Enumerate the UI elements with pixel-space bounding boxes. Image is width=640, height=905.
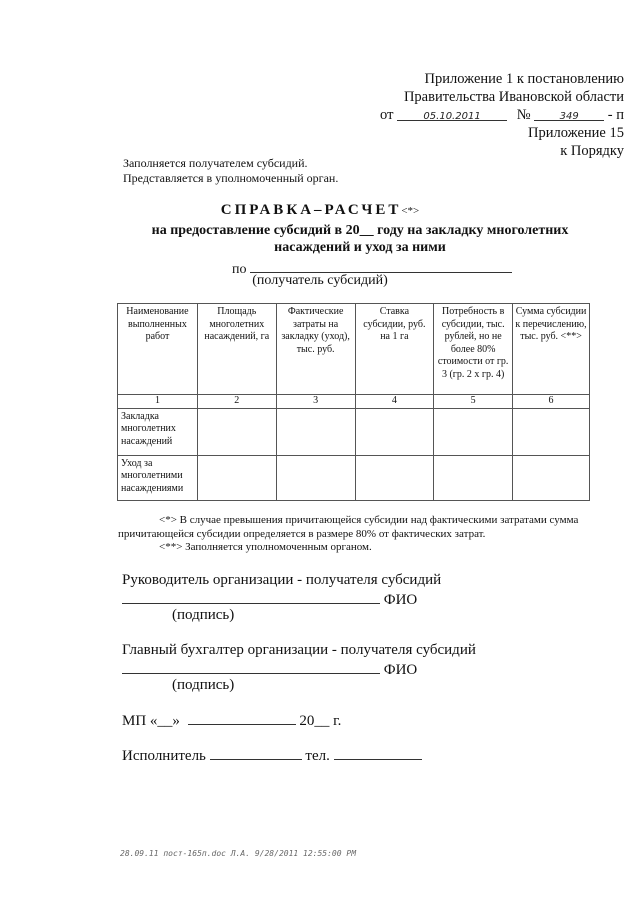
table-cell[interactable] xyxy=(197,455,276,500)
head-fio-label: ФИО xyxy=(384,592,418,608)
accountant-signature-caption: (подпись) xyxy=(172,677,234,694)
number-value: 349 xyxy=(560,111,579,122)
annex-line-4: Приложение 15 xyxy=(380,124,624,142)
year-label: 20__ г. xyxy=(299,713,341,729)
column-number: 2 xyxy=(197,395,276,409)
table-row: Уход за многолетними насаждениями xyxy=(118,455,590,500)
date-field[interactable]: 05.10.2011 xyxy=(397,106,507,121)
head-signature-line: ФИО xyxy=(122,589,417,609)
header-cell: Потребность в субсидии, тыс. рублей, но … xyxy=(434,304,513,395)
footnotes: <*> В случае превышения причитающейся су… xyxy=(118,514,618,555)
annex-line-2: Правительства Ивановской области xyxy=(380,88,624,106)
head-signature-caption: (подпись) xyxy=(172,607,234,624)
executor-label: Исполнитель xyxy=(122,748,206,764)
column-number: 6 xyxy=(513,395,590,409)
row-label: Закладка многолетних насаждений xyxy=(118,408,198,455)
annex-line-1: Приложение 1 к постановлению xyxy=(380,70,624,88)
from-label: от xyxy=(380,107,393,123)
annex-date-number-line: от 05.10.2011 № 349 - п xyxy=(380,106,624,124)
table-cell[interactable] xyxy=(276,455,355,500)
document-title: СПРАВКА–РАСЧЕТ<*> xyxy=(0,202,640,219)
header-cell: Наименование выполненных работ xyxy=(118,304,198,395)
header-cell: Площадь многолетних насаждений, га xyxy=(197,304,276,395)
column-number: 3 xyxy=(276,395,355,409)
accountant-signature-field[interactable] xyxy=(122,659,380,674)
header-cell: Ставка субсидии, руб. на 1 га xyxy=(355,304,434,395)
row-label: Уход за многолетними насаждениями xyxy=(118,455,198,500)
footnote-2: <**> Заполняется уполномоченным органом. xyxy=(118,541,618,555)
title-main: СПРАВКА–РАСЧЕТ xyxy=(221,202,402,218)
number-label: № xyxy=(517,107,531,123)
executor-line: Исполнитель тел. xyxy=(122,745,422,765)
title-footnote-mark: <*> xyxy=(401,205,419,217)
accountant-signature-title: Главный бухгалтер организации - получате… xyxy=(122,642,476,659)
head-signature-field[interactable] xyxy=(122,589,380,604)
stamp-date-line: МП «__» 20__ г. xyxy=(122,710,341,730)
date-value: 05.10.2011 xyxy=(423,111,480,122)
table-cell[interactable] xyxy=(355,408,434,455)
calculation-table: Наименование выполненных работ Площадь м… xyxy=(117,303,590,501)
instructions: Заполняется получателем субсидий. Предст… xyxy=(123,156,338,186)
recipient-field[interactable] xyxy=(250,258,512,273)
number-field[interactable]: 349 xyxy=(534,106,604,121)
instruction-line-1: Заполняется получателем субсидий. xyxy=(123,156,338,171)
accountant-fio-label: ФИО xyxy=(384,662,418,678)
table-cell[interactable] xyxy=(276,408,355,455)
table-cell[interactable] xyxy=(434,455,513,500)
annex-header: Приложение 1 к постановлению Правительст… xyxy=(380,70,624,160)
footnote-1-line-1: <*> В случае превышения причитающейся су… xyxy=(118,514,618,528)
phone-label: тел. xyxy=(305,748,329,764)
column-number: 1 xyxy=(118,395,198,409)
date-month-field[interactable] xyxy=(188,710,296,725)
table-cell[interactable] xyxy=(197,408,276,455)
footnote-separator xyxy=(162,500,442,501)
recipient-caption: (получатель субсидий) xyxy=(0,273,640,289)
head-signature-title: Руководитель организации - получателя су… xyxy=(122,572,441,589)
phone-field[interactable] xyxy=(334,745,422,760)
table-cell[interactable] xyxy=(513,455,590,500)
document-subtitle: на предоставление субсидий в 20__ году н… xyxy=(120,222,600,256)
stamp-label: МП «__» xyxy=(122,713,180,729)
header-cell: Фактические затраты на закладку (уход), … xyxy=(276,304,355,395)
accountant-signature-line: ФИО xyxy=(122,659,417,679)
column-number: 4 xyxy=(355,395,434,409)
number-suffix: - п xyxy=(608,107,624,123)
executor-field[interactable] xyxy=(210,745,302,760)
column-number-row: 1 2 3 4 5 6 xyxy=(118,395,590,409)
table-cell[interactable] xyxy=(513,408,590,455)
annex-line-5: к Порядку xyxy=(380,142,624,160)
instruction-line-2: Представляется в уполномоченный орган. xyxy=(123,171,338,186)
column-number: 5 xyxy=(434,395,513,409)
table-header-row: Наименование выполненных работ Площадь м… xyxy=(118,304,590,395)
file-footer: 28.09.11 пост-165п.doc Л.А. 9/28/2011 12… xyxy=(120,849,356,858)
footnote-1-line-2: причитающейся субсидии определяется в ра… xyxy=(118,528,618,542)
table-cell[interactable] xyxy=(434,408,513,455)
table-cell[interactable] xyxy=(355,455,434,500)
header-cell: Сумма субсидии к перечислению, тыс. руб.… xyxy=(513,304,590,395)
table-row: Закладка многолетних насаждений xyxy=(118,408,590,455)
